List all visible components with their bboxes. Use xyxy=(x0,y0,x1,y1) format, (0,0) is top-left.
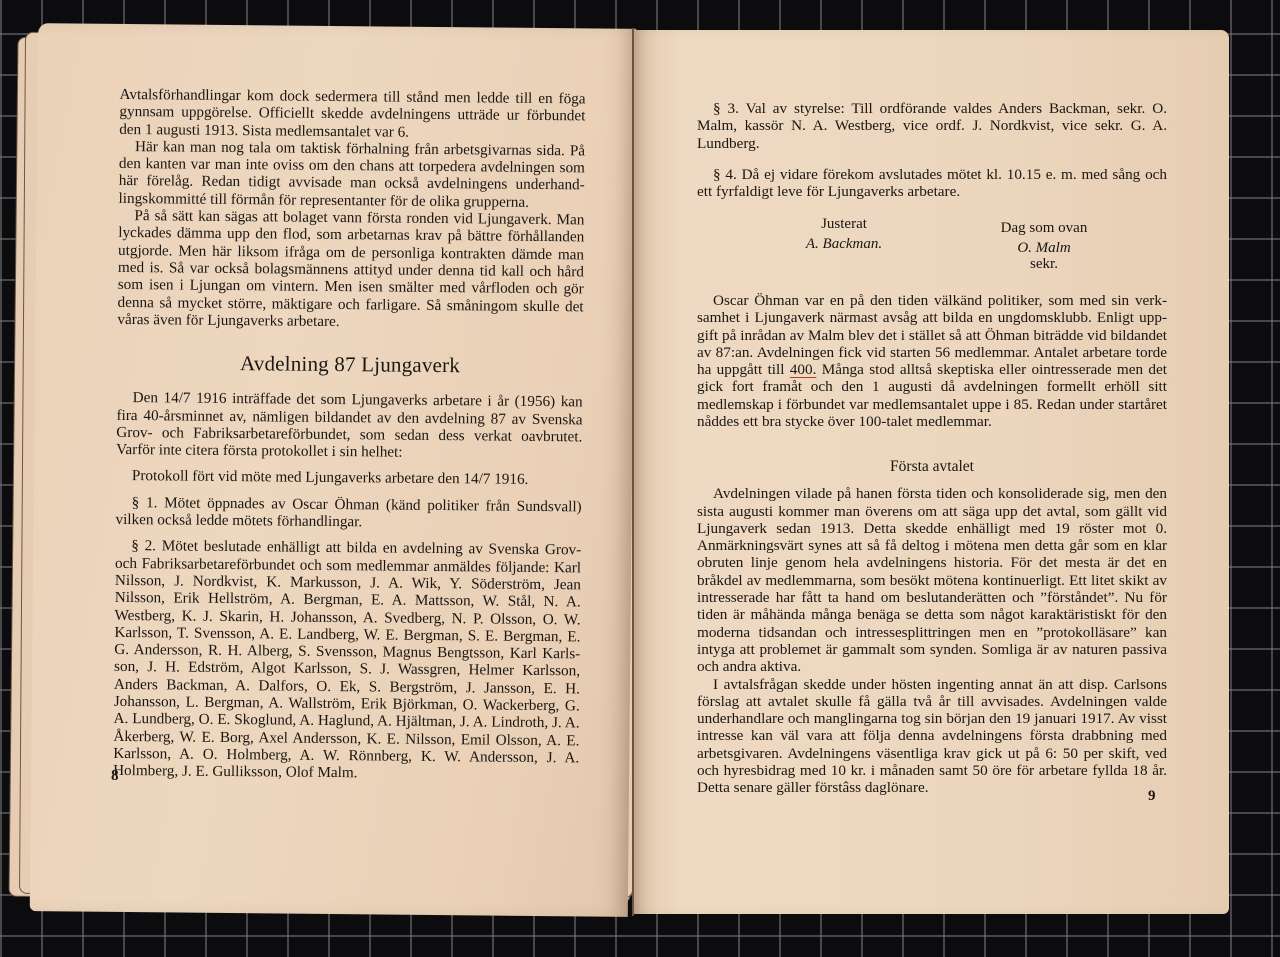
page-number: 9 xyxy=(1148,788,1156,805)
signature-label: Justerat xyxy=(784,214,904,234)
paragraph: Här kan man nog tala om taktisk förhalni… xyxy=(119,138,586,212)
paragraph: På så sätt kan sägas att bolaget vann fö… xyxy=(117,207,584,333)
right-page-section: Första avtalet Avdelningen vilade på han… xyxy=(697,458,1167,797)
paragraph: Oscar Öhman var en på den tiden välkänd … xyxy=(697,292,1167,430)
signature-name: A. Backman. xyxy=(806,236,882,252)
paragraph: Den 14/7 1916 inträffade det som Ljungav… xyxy=(116,389,583,463)
protocol-paragraph-4: § 4. Då ej vidare förekom avslutades möt… xyxy=(697,166,1167,201)
left-page-section: Avdelning 87 Ljungaverk Den 14/7 1916 in… xyxy=(113,354,583,784)
right-page-ohman: Oscar Öhman var en på den tiden välkänd … xyxy=(697,292,1167,430)
signature-title: sekr. xyxy=(974,254,1114,274)
signature-label: Dag som ovan xyxy=(974,218,1114,238)
right-page: § 3. Val av styrelse: Till ordförande va… xyxy=(634,30,1229,914)
signature-left: Justerat A. Backman. xyxy=(784,214,904,254)
underlined-number: 400. xyxy=(790,361,817,378)
right-page-protocol: § 3. Val av styrelse: Till ordförande va… xyxy=(697,100,1167,200)
paragraph: I avtalsfrågan skedde under hösten ingen… xyxy=(697,676,1167,797)
left-page: Avtalsförhandlingar kom dock sedermera t… xyxy=(30,23,636,917)
paragraph: Avdelningen vilade på hanen första tiden… xyxy=(697,485,1167,675)
signature-right: Dag som ovan O. Malm sekr. xyxy=(974,218,1114,274)
paragraph: Avtalsförhandlingar kom dock sedermera t… xyxy=(119,86,585,142)
protocol-paragraph-2: § 2. Mötet beslutade enhälligt att bilda… xyxy=(113,537,581,784)
protocol-paragraph-3: § 3. Val av styrelse: Till ordförande va… xyxy=(697,100,1167,152)
section-heading: Första avtalet xyxy=(697,458,1167,475)
left-page-intro: Avtalsförhandlingar kom dock sedermera t… xyxy=(117,86,585,333)
page-number: 8 xyxy=(111,768,119,785)
protocol-paragraph-1: § 1. Mötet öppnades av Oscar Öhman (känd… xyxy=(115,494,581,533)
